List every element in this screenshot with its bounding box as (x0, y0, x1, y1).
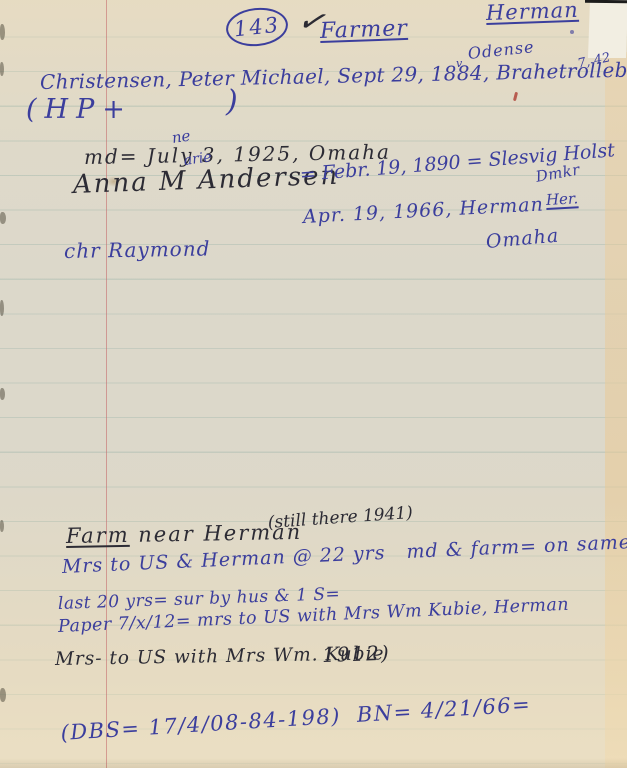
farm-note-paren: (still there 1941) (267, 505, 413, 533)
paper-tear (0, 24, 5, 40)
scan-corner-shadow (585, 0, 627, 3)
paper-tear (0, 688, 6, 702)
notebook-page: 143 ✓ Farmer Herman v Odense Christensen… (0, 0, 627, 768)
red-ink-mark (513, 92, 518, 101)
citation-line: (DBS= 17/4/08-84-198)BN= 4/21/66= (26, 671, 533, 768)
citation-bn: BN= 4/21/66= (356, 692, 532, 727)
page-number: 143 (233, 13, 281, 42)
parents-code-close: ) (226, 86, 238, 118)
paper-tear (0, 388, 5, 400)
farm-note-word: Farm (66, 523, 130, 548)
paper-tear (0, 212, 6, 224)
spouse-death-line: Apr. 19, 1966, Herman (302, 195, 544, 228)
paper-tear (0, 62, 4, 76)
occupation-label: Farmer (320, 17, 409, 43)
margin-note: Her. (546, 191, 579, 208)
page-number-circle: 143 (224, 5, 290, 49)
spouse-birth-country: Dmkr (535, 162, 582, 185)
name-and-birth-line: Christensen, Peter Michael, Sept 29, 188… (40, 59, 627, 93)
citation-gap (341, 722, 357, 723)
scan-corner-backing (588, 0, 627, 58)
children-line: chr Raymond (64, 238, 211, 262)
ink-dot (570, 30, 574, 34)
community-label: Herman (486, 0, 579, 24)
paper-tear (0, 300, 4, 316)
paper-tear (0, 520, 4, 532)
farm-note-line: Farm near Herman (66, 521, 303, 547)
note-immigration-year: 1912) (322, 643, 391, 666)
children-place: Omaha (485, 227, 560, 253)
parents-code-open: (HP+ (26, 96, 133, 124)
citation-dbs: (DBS= 17/4/08-84-198) (60, 704, 342, 745)
